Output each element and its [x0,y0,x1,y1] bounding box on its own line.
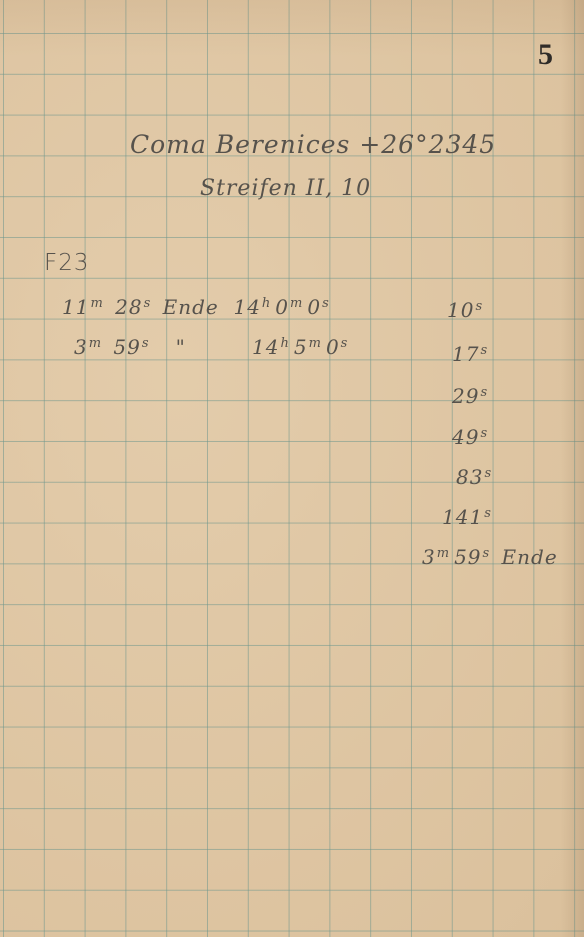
entry-label: F23 [44,250,90,276]
duration-minutes: 11 [62,295,89,319]
object-title: Coma Berenices +26°2345 [130,130,496,159]
duration-seconds: 28 [115,295,142,319]
line-note: Ende [163,295,219,319]
unit-m: m [309,336,322,351]
exposure-item: 17s [452,342,492,366]
plate-subtitle: Streifen II, 10 [200,176,371,201]
unit-s: s [322,296,330,311]
unit-h: h [281,336,290,351]
unit-m: m [290,296,303,311]
page-number: 5 [538,38,553,72]
unit-s: s [142,336,150,351]
exposure-item: 49s [452,425,492,449]
duration-minutes: 3 [74,335,88,359]
unit-s: s [341,336,349,351]
exposure-item: 10s [447,298,487,322]
exposure-item: 83s [456,465,496,489]
notebook-page: 5 Coma Berenices +26°2345 Streifen II, 1… [0,0,584,937]
subtitle-text: Streifen II, 10 [200,176,371,201]
log-line-1: 11m 28s Ende 14h0m0s [62,295,334,319]
time-hours: 14 [252,335,279,359]
time-minutes: 0 [275,295,289,319]
unit-m: m [89,336,102,351]
time-seconds: 0 [326,335,340,359]
ditto-mark: " [176,335,186,359]
time-minutes: 5 [294,335,308,359]
unit-s: s [144,296,152,311]
time-hours: 14 [233,295,260,319]
unit-m: m [90,296,103,311]
end-note: Ende [502,545,558,569]
time-seconds: 0 [307,295,321,319]
duration-seconds: 59 [113,335,140,359]
exposure-item-end: 3m59s Ende [422,545,558,569]
exposure-item: 141s [442,505,496,529]
exposure-item: 29s [452,384,492,408]
log-line-2: 3m 59s " 14h5m0s [74,335,352,359]
unit-h: h [262,296,271,311]
